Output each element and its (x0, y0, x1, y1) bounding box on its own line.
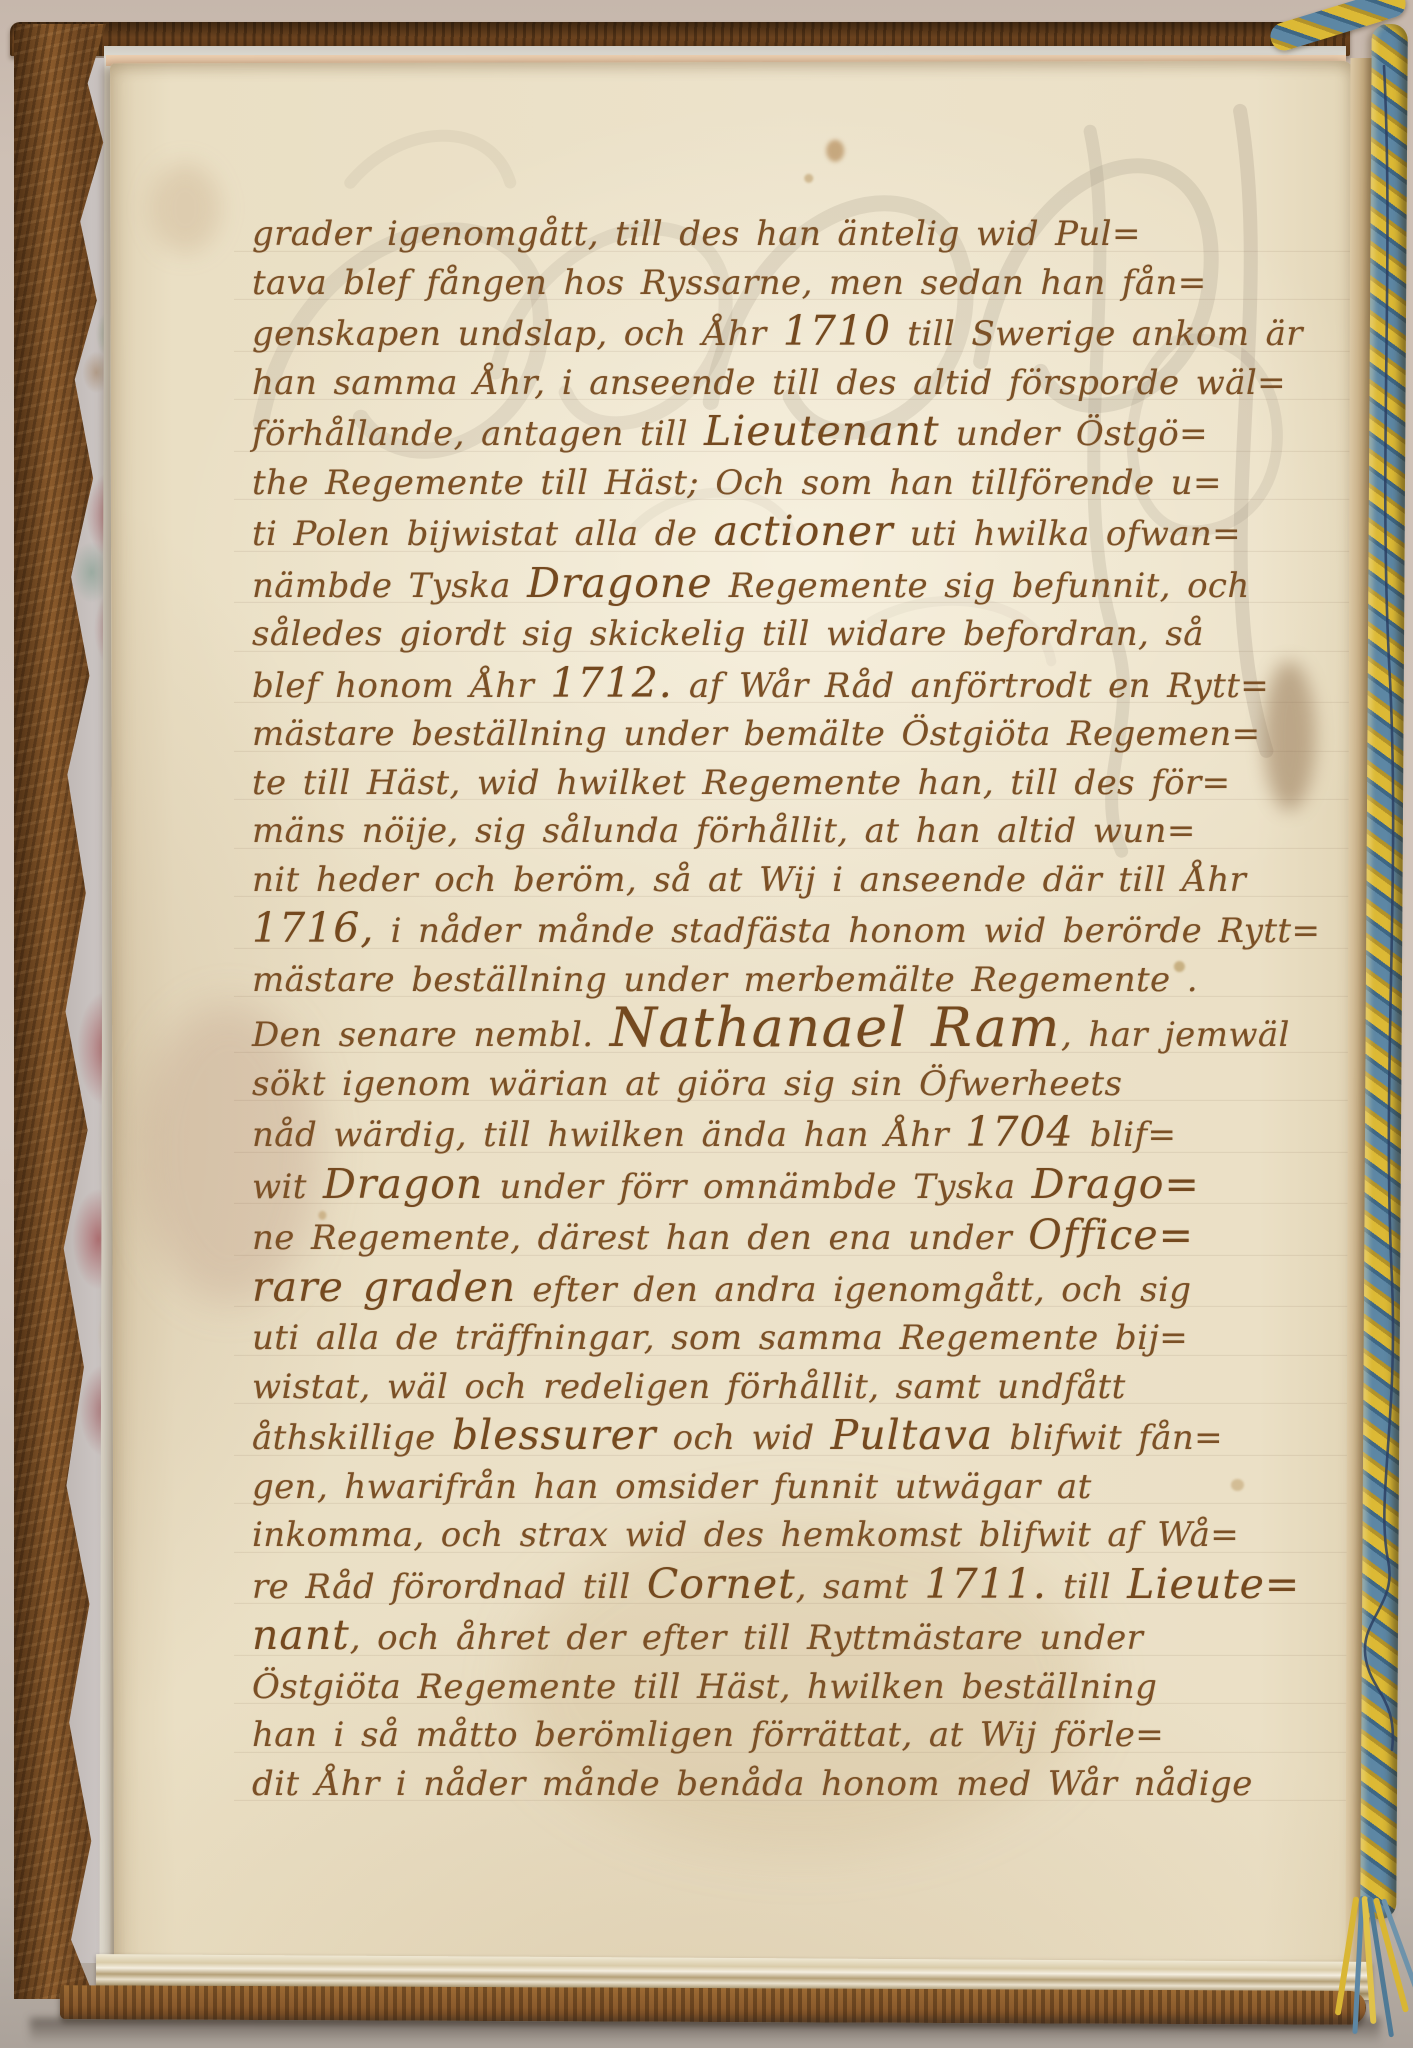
manuscript-word: under förr omnämbde Tyska (483, 1166, 1031, 1206)
manuscript-word: blef honom Åhr (252, 665, 550, 705)
top-left-stain (150, 163, 220, 253)
manuscript-word: nämbde Tyska (252, 565, 527, 605)
manuscript-line: Den senare nembl. Nathanael Ram, har jem… (252, 1004, 1327, 1060)
manuscript-line: nant, och åhret der efter till Ryttmästa… (252, 1611, 1327, 1663)
manuscript-word: gen, hwarifrån han omsider funnit utwäga… (252, 1466, 1092, 1506)
latin-script-word: 1704 (965, 1108, 1073, 1156)
latin-script-word: blessurer (452, 1411, 657, 1459)
manuscript-page: grader igenomgått, till des han äntelig … (110, 61, 1358, 1974)
manuscript-text: grader igenomgått, till des han äntelig … (252, 210, 1327, 1808)
manuscript-word: genskapen undslap, och Åhr (252, 314, 783, 354)
ink-spot-stain (826, 140, 844, 162)
scanned-manuscript-book: grader igenomgått, till des han äntelig … (0, 0, 1413, 2048)
manuscript-word: , och åhret der efter till Ryttmästare u… (350, 1618, 1144, 1658)
latin-script-word: rare graden (252, 1262, 516, 1310)
manuscript-word: re Råd förordnad till (252, 1566, 647, 1606)
latin-script-word: nant (252, 1611, 350, 1659)
latin-script-word: 1716, (252, 904, 374, 952)
manuscript-word: förhållande, antagen till (252, 414, 704, 454)
latin-script-word: Dragon (323, 1159, 483, 1207)
manuscript-line: ti Polen bijwistat alla de actioner uti … (252, 507, 1327, 559)
manuscript-line: Östgiöta Regemente till Häst, hwilken be… (252, 1662, 1327, 1711)
manuscript-line: nåd wärdig, till hwilken ända han Åhr 17… (252, 1108, 1327, 1160)
manuscript-word: åthskillige (252, 1418, 452, 1458)
manuscript-line: han i så måtto berömligen förrättat, at … (252, 1711, 1327, 1760)
latin-script-word: 1712. (550, 658, 672, 706)
manuscript-word: mästare beställning under bemälte Östgiö… (252, 714, 1261, 754)
manuscript-line: nämbde Tyska Dragone Regemente sig befun… (252, 558, 1327, 610)
manuscript-line: blef honom Åhr 1712. af Wår Råd anförtro… (252, 658, 1327, 710)
latin-script-word: Lieute= (1127, 1559, 1300, 1607)
manuscript-line: förhållande, antagen till Lieutenant und… (252, 407, 1327, 459)
manuscript-line: the Regemente till Häst; Och som han til… (252, 458, 1327, 507)
manuscript-word: sökt igenom wärian at giöra sig sin Öfwe… (252, 1063, 1122, 1103)
manuscript-word: Östgiöta Regemente till Häst, hwilken be… (252, 1666, 1157, 1706)
manuscript-word: nit heder och beröm, så at Wij i anseend… (252, 859, 1246, 899)
book-drop-shadow (30, 2018, 1380, 2044)
foxing-spot (804, 174, 813, 183)
manuscript-word: och wid (656, 1418, 830, 1458)
manuscript-line: wit Dragon under förr omnämbde Tyska Dra… (252, 1159, 1327, 1211)
manuscript-line: te till Häst, wid hwilket Regemente han,… (252, 758, 1327, 807)
manuscript-line: mäns nöije, sig sålunda förhållit, at ha… (252, 807, 1327, 856)
manuscript-word: till Swerige ankom är (891, 314, 1303, 354)
manuscript-word: uti hwilka ofwan= (894, 514, 1242, 554)
manuscript-word: mästare beställning under merbemälte Reg… (252, 959, 1198, 999)
manuscript-word: , samt (796, 1566, 925, 1606)
cord-tassel (1336, 1896, 1412, 2046)
manuscript-line: mästare beställning under bemälte Östgiö… (252, 710, 1327, 759)
latin-script-word: Office= (1028, 1211, 1194, 1259)
manuscript-word: the Regemente till Häst; Och som han til… (252, 462, 1222, 502)
manuscript-word: wistat, wäl och redeligen förhållit, sam… (252, 1366, 1126, 1406)
latin-script-word: actioner (714, 507, 894, 555)
manuscript-word: wit (252, 1166, 323, 1206)
latin-script-word: Pultava (831, 1411, 994, 1459)
manuscript-word: till (1047, 1566, 1127, 1606)
manuscript-word: han i så måtto berömligen förrättat, at … (252, 1715, 1164, 1755)
manuscript-line: uti alla de träffningar, som samma Regem… (252, 1314, 1327, 1363)
manuscript-line: inkomma, och strax wid des hemkomst blif… (252, 1511, 1327, 1560)
latin-script-word: Nathanael Ram (610, 996, 1061, 1059)
manuscript-line: grader igenomgått, till des han äntelig … (252, 210, 1327, 259)
manuscript-word: dit Åhr i nåder månde benåda honom med W… (252, 1763, 1253, 1803)
latin-script-word: 1711. (924, 1559, 1046, 1607)
manuscript-word: grader igenomgått, till des han äntelig … (252, 214, 1141, 254)
manuscript-word: han samma Åhr, i anseende till des altid… (252, 362, 1286, 402)
manuscript-line: sökt igenom wärian at giöra sig sin Öfwe… (252, 1059, 1327, 1108)
manuscript-word: i nåder månde stadfästa honom wid berörd… (374, 911, 1320, 951)
latin-script-word: Drago= (1032, 1159, 1200, 1207)
manuscript-word: Den senare nembl. (252, 1015, 610, 1055)
manuscript-word: således giordt sig skickelig till widare… (252, 614, 1204, 654)
manuscript-word: ti Polen bijwistat alla de (252, 514, 714, 554)
manuscript-word: te till Häst, wid hwilket Regemente han,… (252, 762, 1231, 802)
manuscript-word: mäns nöije, sig sålunda förhållit, at ha… (252, 811, 1196, 851)
manuscript-word: under Östgö= (940, 414, 1208, 454)
manuscript-word: uti alla de träffningar, som samma Regem… (252, 1318, 1188, 1358)
manuscript-line: gen, hwarifrån han omsider funnit utwäga… (252, 1462, 1327, 1511)
latin-script-word: 1710 (783, 307, 891, 355)
manuscript-word: blifwit fån= (993, 1418, 1223, 1458)
latin-script-word: Lieutenant (704, 407, 939, 455)
latin-script-word: Cornet (647, 1559, 796, 1607)
manuscript-word: tava blef fången hos Ryssarne, men sedan… (252, 262, 1207, 302)
manuscript-line: således giordt sig skickelig till widare… (252, 610, 1327, 659)
manuscript-line: genskapen undslap, och Åhr 1710 till Swe… (252, 307, 1327, 359)
manuscript-word: af Wår Råd anförtrodt en Rytt= (673, 665, 1269, 705)
manuscript-line: åthskillige blessurer och wid Pultava bl… (252, 1411, 1327, 1463)
manuscript-word: ne Regemente, därest han den ena under (252, 1218, 1028, 1258)
manuscript-line: wistat, wäl och redeligen förhållit, sam… (252, 1362, 1327, 1411)
manuscript-word: inkomma, och strax wid des hemkomst blif… (252, 1515, 1239, 1555)
manuscript-line: rare graden efter den andra igenomgått, … (252, 1262, 1327, 1314)
manuscript-line: re Råd förordnad till Cornet, samt 1711.… (252, 1559, 1327, 1611)
manuscript-word: efter den andra igenomgått, och sig (516, 1269, 1191, 1309)
manuscript-line: han samma Åhr, i anseende till des altid… (252, 358, 1327, 407)
manuscript-line: dit Åhr i nåder månde benåda honom med W… (252, 1759, 1327, 1808)
manuscript-word: Regemente sig befunnit, och (713, 565, 1250, 605)
manuscript-line: nit heder och beröm, så at Wij i anseend… (252, 855, 1327, 904)
manuscript-word: nåd wärdig, till hwilken ända han Åhr (252, 1115, 965, 1155)
manuscript-word: blif= (1074, 1115, 1177, 1155)
manuscript-line: 1716, i nåder månde stadfästa honom wid … (252, 904, 1327, 956)
manuscript-word: , har jemwäl (1061, 1015, 1290, 1055)
manuscript-line: ne Regemente, därest han den ena under O… (252, 1211, 1327, 1263)
manuscript-line: tava blef fången hos Ryssarne, men sedan… (252, 258, 1327, 307)
latin-script-word: Dragone (527, 558, 713, 606)
